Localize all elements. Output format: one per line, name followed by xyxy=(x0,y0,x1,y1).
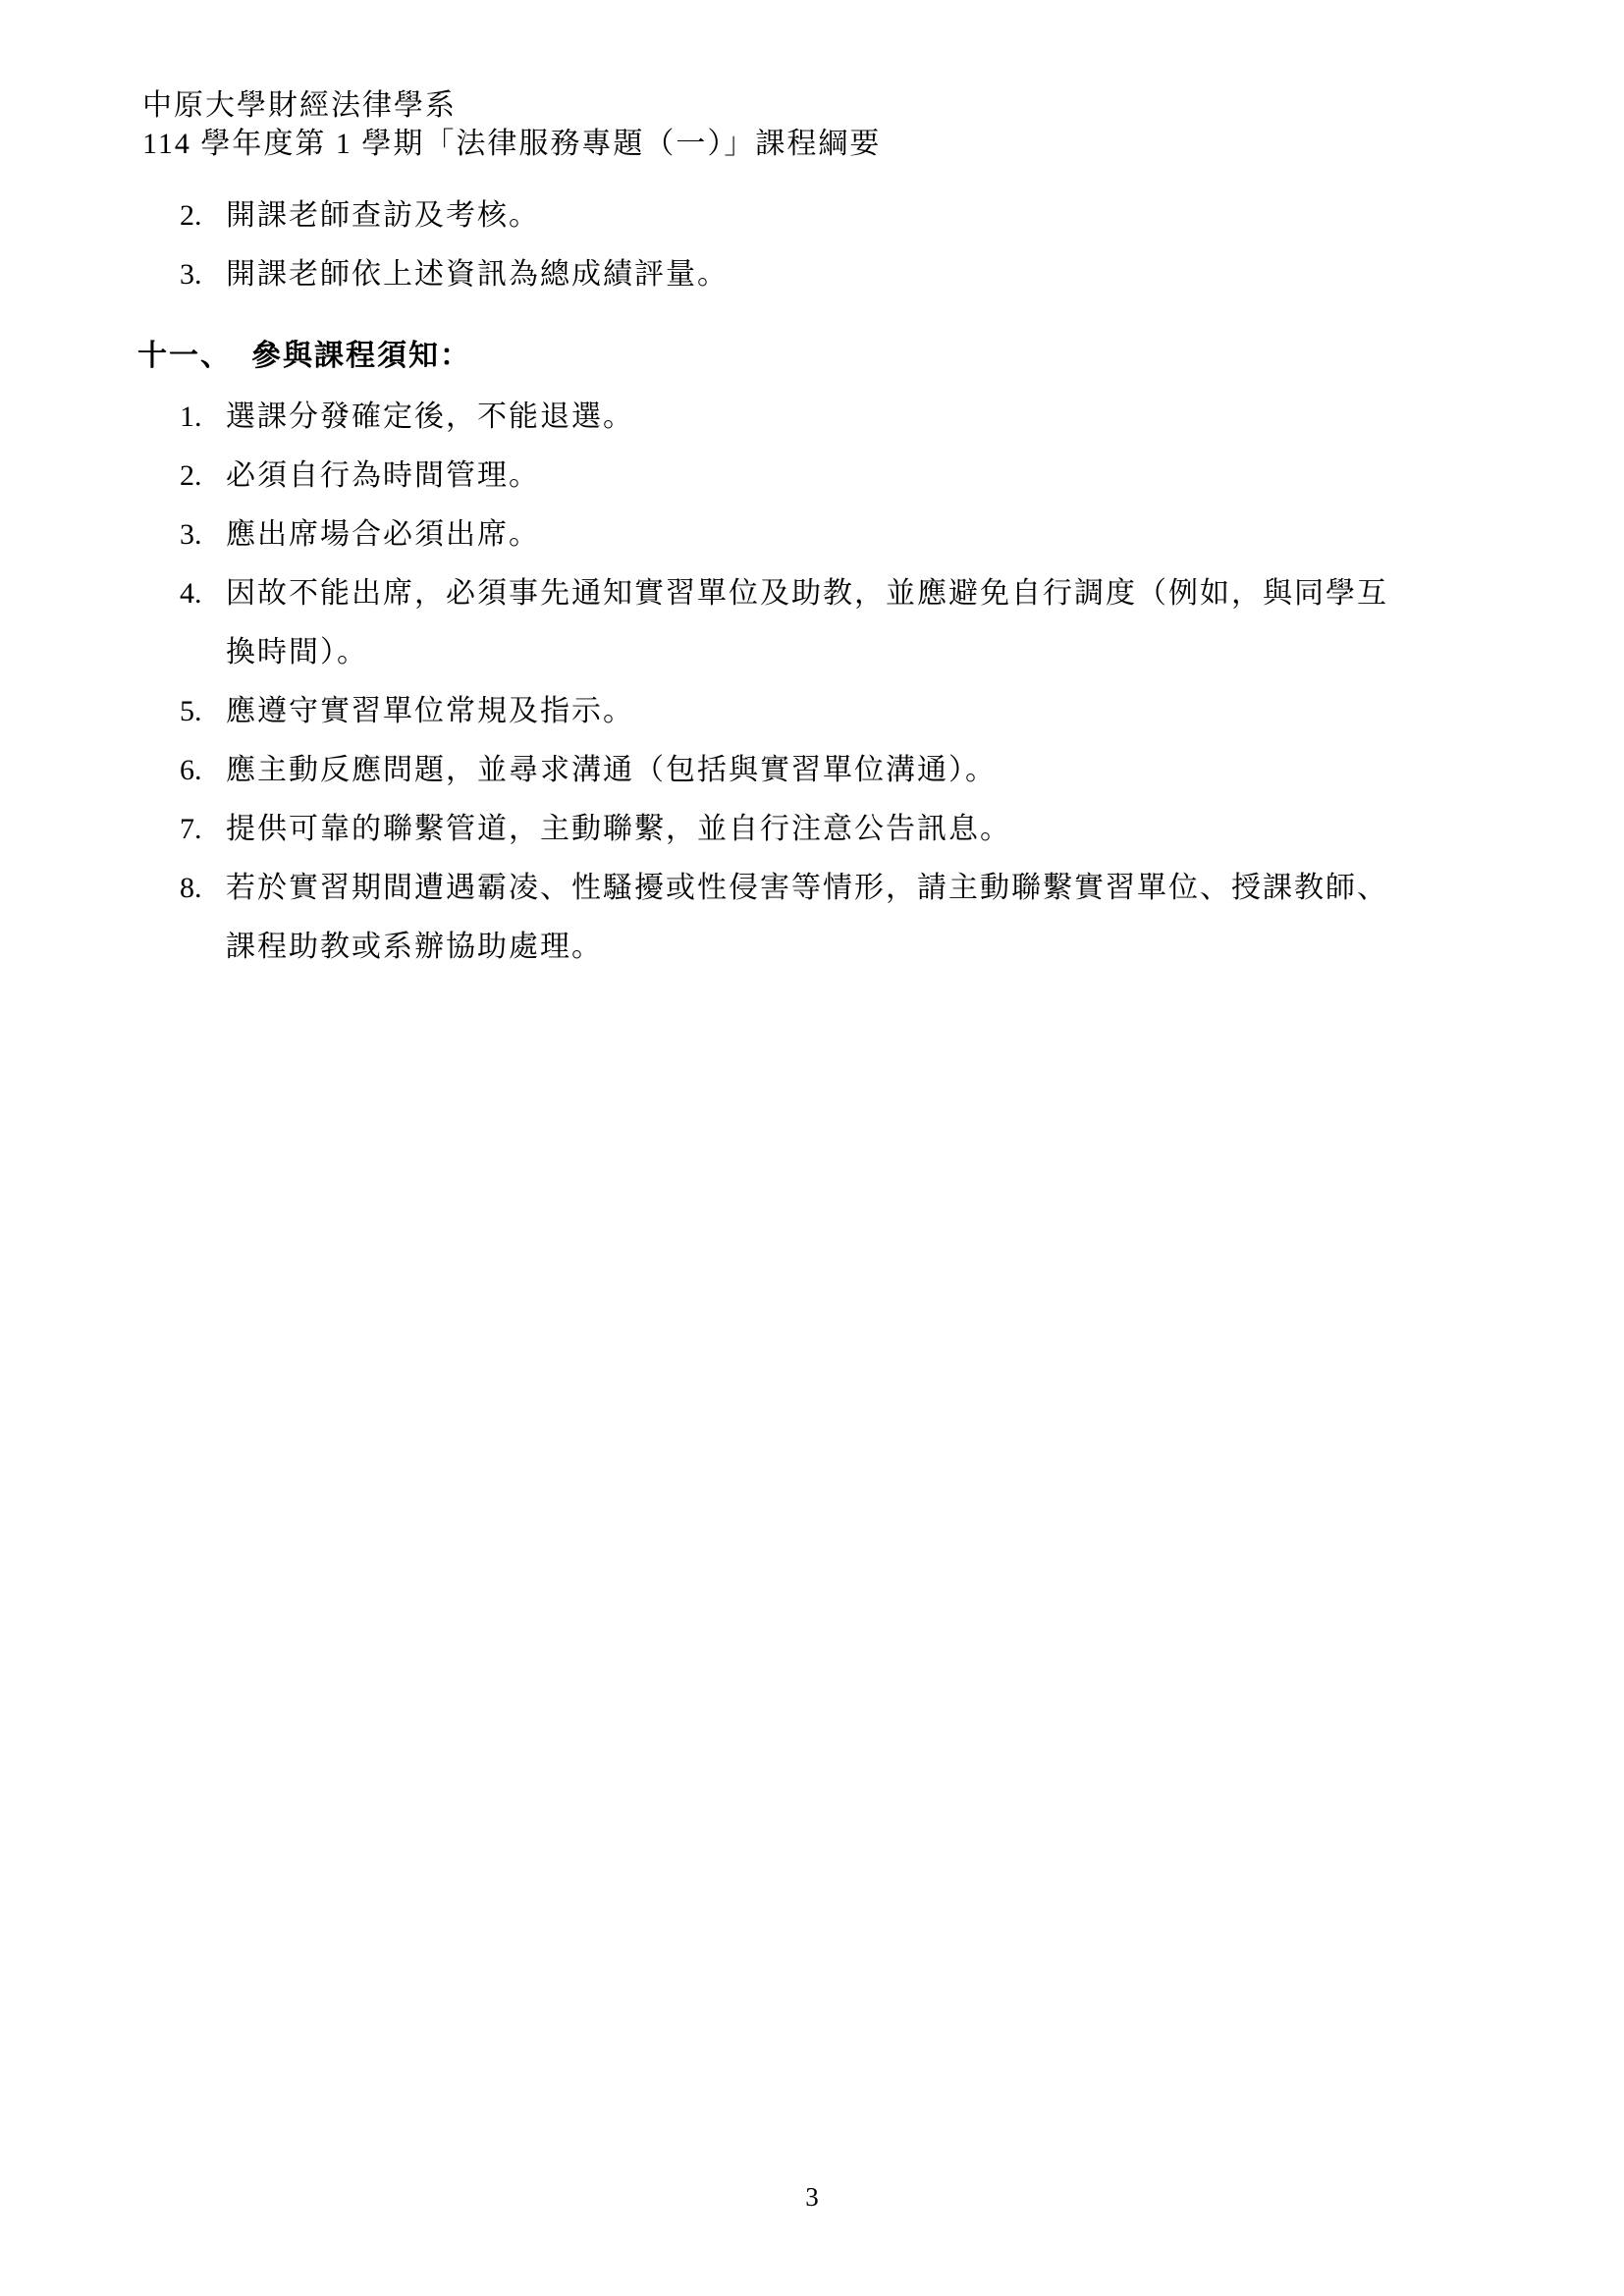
notice-item: 3. 應出席場合必須出席。 xyxy=(180,506,1355,564)
notice-item: 2. 必須自行為時間管理。 xyxy=(180,447,1355,506)
item-text: 應遵守實習單位常規及指示。 xyxy=(226,682,1355,741)
item-number: 6. xyxy=(180,741,226,800)
item-text: 開課老師查訪及考核。 xyxy=(226,187,1355,245)
document-header: 中原大學財經法律學系 114 學年度第 1 學期「法律服務專題（一）」課程綱要 xyxy=(142,86,881,163)
list-item: 3. 開課老師依上述資訊為總成績評量。 xyxy=(180,245,1355,304)
item-text: 選課分發確定後，不能退選。 xyxy=(226,388,1355,447)
notice-item: 4. 因故不能出席，必須事先通知實習單位及助教，並應避免自行調度（例如，與同學互… xyxy=(180,564,1355,682)
item-number: 2. xyxy=(180,447,226,506)
notice-item: 7. 提供可靠的聯繫管道，主動聯繫，並自行注意公告訊息。 xyxy=(180,800,1355,859)
item-text: 應出席場合必須出席。 xyxy=(226,506,1355,564)
section-title: 參與課程須知： xyxy=(251,327,471,386)
document-page: 中原大學財經法律學系 114 學年度第 1 學期「法律服務專題（一）」課程綱要 … xyxy=(0,0,1624,2296)
item-text-continued: 換時間）。 xyxy=(226,623,1355,682)
notice-item: 5. 應遵守實習單位常規及指示。 xyxy=(180,682,1355,741)
page-number: 3 xyxy=(0,2177,1624,2216)
header-department-line: 中原大學財經法律學系 xyxy=(142,86,881,125)
item-text: 必須自行為時間管理。 xyxy=(226,447,1355,506)
item-number: 2. xyxy=(180,187,226,245)
item-number: 3. xyxy=(180,506,226,564)
list-item: 2. 開課老師查訪及考核。 xyxy=(180,187,1355,245)
item-text: 若於實習期間遭遇霸凌、性騷擾或性侵害等情形，請主動聯繫實習單位、授課教師、 xyxy=(226,859,1355,918)
item-number: 7. xyxy=(180,800,226,859)
item-text-continued: 課程助教或系辦協助處理。 xyxy=(226,918,1355,977)
item-text: 開課老師依上述資訊為總成績評量。 xyxy=(226,245,1355,304)
item-text: 因故不能出席，必須事先通知實習單位及助教，並應避免自行調度（例如，與同學互 xyxy=(226,564,1355,623)
item-text: 提供可靠的聯繫管道，主動聯繫，並自行注意公告訊息。 xyxy=(226,800,1355,859)
item-number: 5. xyxy=(180,682,226,741)
item-number: 3. xyxy=(180,245,226,304)
notice-item: 6. 應主動反應問題，並尋求溝通（包括與實習單位溝通）。 xyxy=(180,741,1355,800)
item-number: 1. xyxy=(180,388,226,447)
notice-item: 1. 選課分發確定後，不能退選。 xyxy=(180,388,1355,447)
section-number: 十一、 xyxy=(137,327,232,386)
item-number: 8. xyxy=(180,859,226,918)
notice-item: 8. 若於實習期間遭遇霸凌、性騷擾或性侵害等情形，請主動聯繫實習單位、授課教師、… xyxy=(180,859,1355,977)
section-heading: 十一、 參與課程須知： xyxy=(137,327,471,386)
header-course-title-line: 114 學年度第 1 學期「法律服務專題（一）」課程綱要 xyxy=(142,125,881,163)
item-text: 應主動反應問題，並尋求溝通（包括與實習單位溝通）。 xyxy=(226,741,1355,800)
item-number: 4. xyxy=(180,564,226,623)
